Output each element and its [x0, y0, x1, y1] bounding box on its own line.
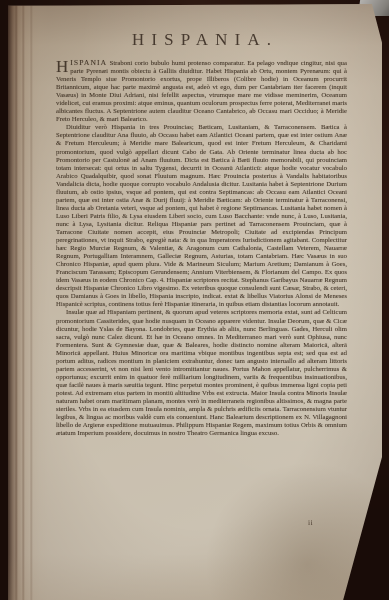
text-block: HISPANIA. HISPANIA Straboni corio bubulo…: [56, 30, 347, 438]
book-page: HISPANIA. HISPANIA Straboni corio bubulo…: [8, 4, 382, 600]
paragraph-intro: HISPANIA Straboni corio bubulo humi prot…: [56, 59, 347, 124]
drop-cap: H: [56, 59, 70, 75]
page-bottom-sheen: [8, 554, 382, 600]
signature-mark: ii: [308, 518, 313, 527]
photo-of-book: { "document": { "title": "HISPANIA.", "d…: [0, 0, 389, 600]
paragraph-intro-text: Straboni corio bubulo humi protenso comp…: [56, 60, 347, 123]
paragraph-provinces: Diuiditur verò Hispania in tres Prouinci…: [56, 124, 347, 309]
lead-word: ISPANIA: [70, 58, 107, 67]
paragraph-islands: Insulæ quæ ad Hispaniam pertinent, & quo…: [56, 309, 347, 438]
binding-gutter-shadow: [8, 4, 48, 600]
body-text: HISPANIA Straboni corio bubulo humi prot…: [56, 59, 347, 438]
page-title: HISPANIA.: [56, 30, 347, 50]
